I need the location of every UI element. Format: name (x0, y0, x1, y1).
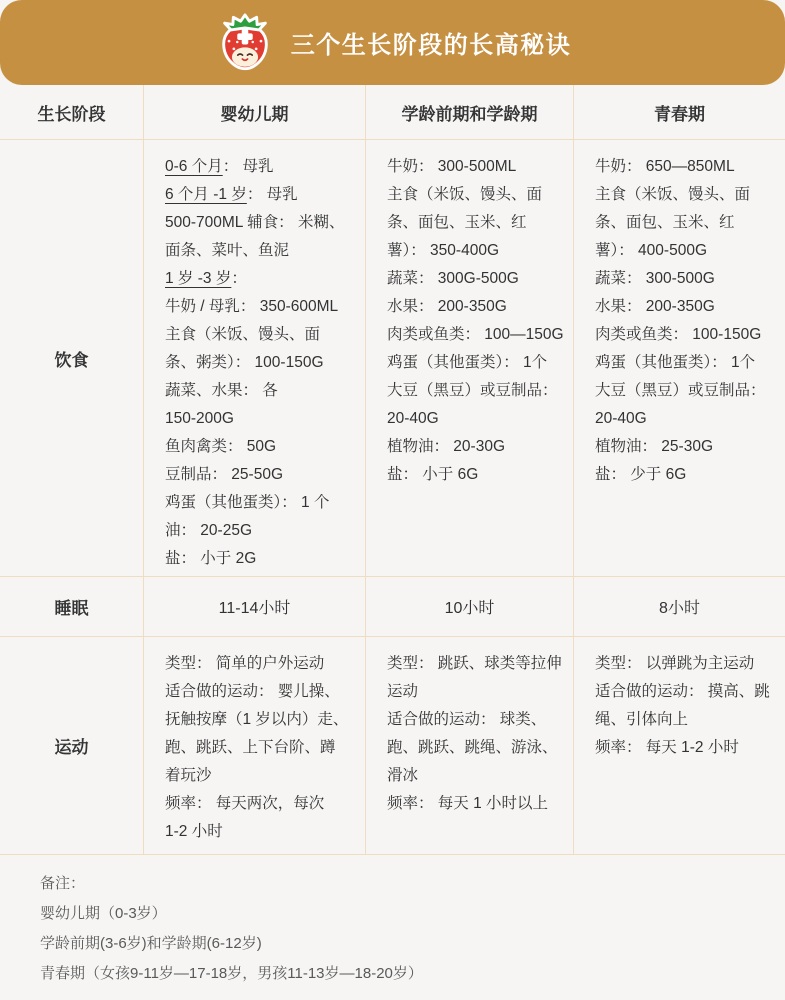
title-banner: 三个生长阶段的长高秘诀 (0, 0, 785, 85)
diet-infant-stage2: 6 个月 -1 岁： 母乳 (165, 181, 359, 209)
header-teen: 青春期 (573, 85, 785, 139)
diet-teen-cell: 牛奶： 650—850ML 主食（米饭、馒头、面 条、面包、玉米、红 薯）： 4… (573, 140, 785, 576)
exercise-school-cell: 类型： 跳跃、球类等拉伸 运动 适合做的运动： 球类、 跑、跳跃、跳绳、游泳、 … (365, 637, 573, 854)
diet-infant-stage1: 0-6 个月： 母乳 (165, 153, 359, 181)
sleep-infant-cell: 11-14小时 (143, 577, 365, 636)
footnote-school: 学龄前期(3-6岁)和学龄期(6-12岁) (40, 929, 785, 959)
sleep-teen-cell: 8小时 (573, 577, 785, 636)
table-header-row: 生长阶段 婴幼儿期 学龄前期和学龄期 青春期 (0, 85, 785, 140)
exercise-row: 运动 类型： 简单的户外运动 适合做的运动： 婴儿操、 抚触按摩（1 岁以内）走… (0, 637, 785, 855)
footnote-title: 备注： (40, 869, 785, 899)
diet-infant-stage3-detail: 牛奶 / 母乳： 350-600ML 主食（米饭、馒头、面 条、粥类）： 100… (165, 293, 359, 573)
header-school: 学龄前期和学龄期 (365, 85, 573, 139)
diet-infant-cell: 0-6 个月： 母乳 6 个月 -1 岁： 母乳 500-700ML 辅食： 米… (143, 140, 365, 576)
exercise-row-label: 运动 (0, 637, 143, 854)
diet-infant-stage3: 1 岁 -3 岁： (165, 265, 359, 293)
sleep-row: 睡眠 11-14小时 10小时 8小时 (0, 577, 785, 637)
diet-infant-stage2-detail: 500-700ML 辅食： 米糊、 面条、菜叶、鱼泥 (165, 209, 359, 265)
diet-school-cell: 牛奶： 300-500ML 主食（米饭、馒头、面 条、面包、玉米、红 薯）： 3… (365, 140, 573, 576)
exercise-infant-cell: 类型： 简单的户外运动 适合做的运动： 婴儿操、 抚触按摩（1 岁以内）走、 跑… (143, 637, 365, 854)
footnote-infant: 婴幼儿期（0-3岁） (40, 899, 785, 929)
sleep-row-label: 睡眠 (0, 577, 143, 636)
footnote-teen: 青春期（女孩9-11岁—17-18岁，男孩11-13岁—18-20岁） (40, 959, 785, 989)
header-stage: 生长阶段 (0, 85, 143, 139)
diet-row-label: 饮食 (0, 140, 143, 576)
sleep-school-cell: 10小时 (365, 577, 573, 636)
growth-table: 生长阶段 婴幼儿期 学龄前期和学龄期 青春期 饮食 0-6 个月： 母乳 6 个… (0, 85, 785, 855)
strawberry-mascot-icon (214, 11, 276, 75)
diet-row: 饮食 0-6 个月： 母乳 6 个月 -1 岁： 母乳 500-700ML 辅食… (0, 140, 785, 577)
header-infant: 婴幼儿期 (143, 85, 365, 139)
footnotes: 备注： 婴幼儿期（0-3岁） 学龄前期(3-6岁)和学龄期(6-12岁) 青春期… (0, 855, 785, 989)
exercise-teen-cell: 类型： 以弹跳为主运动 适合做的运动： 摸高、跳 绳、引体向上 频率： 每天 1… (573, 637, 785, 854)
page: { "banner": { "title": "三个生长阶段的长高秘诀", "i… (0, 0, 785, 1000)
page-title: 三个生长阶段的长高秘诀 (291, 25, 572, 60)
